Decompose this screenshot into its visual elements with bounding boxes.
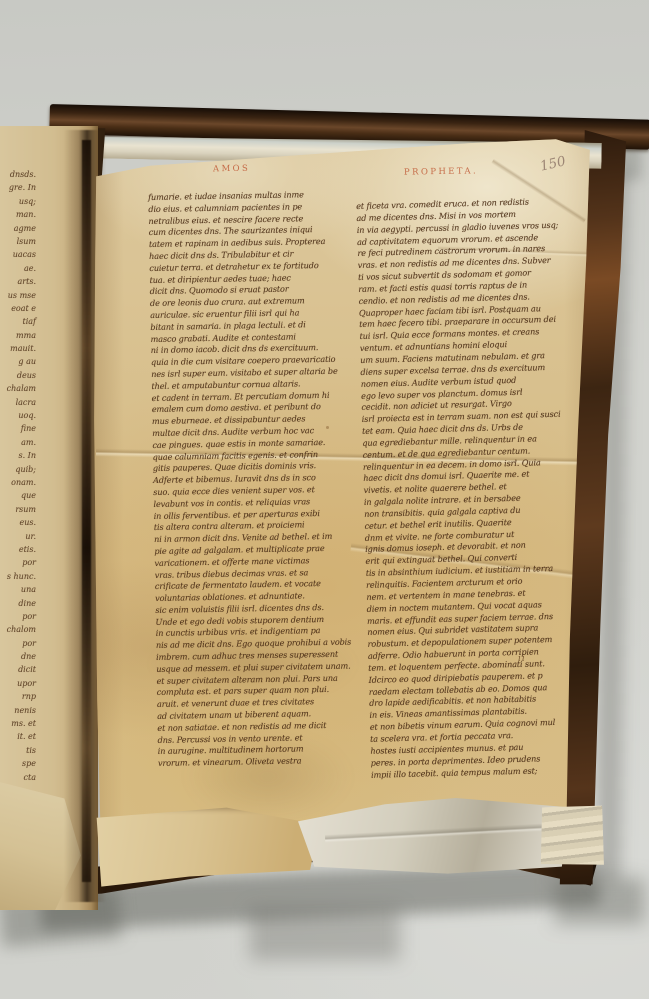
gutter-binding-line [82, 140, 91, 882]
manuscript-line: etis. [0, 543, 36, 556]
manuscript-line: ae. [0, 262, 36, 275]
running-title-amos: AMOS [213, 164, 250, 175]
manuscript-line: rnp [0, 690, 36, 703]
manuscript-line: lsum [0, 235, 36, 248]
manuscript-line: por [0, 637, 36, 650]
manuscript-line: arts. [0, 275, 36, 288]
manuscript-line: us mse [0, 289, 36, 302]
text-column-left: fumarie. et iudae insanias multas inmedi… [148, 188, 364, 770]
manuscript-line: tiaf [0, 315, 36, 328]
manuscript-line: onam. [0, 476, 36, 489]
manuscript-line: por [0, 556, 36, 569]
manuscript-line: quib; [0, 463, 36, 476]
manuscript-line: s. In [0, 449, 36, 462]
manuscript-line: mma [0, 329, 36, 342]
manuscript-line: que [0, 489, 36, 502]
manuscript-line: por [0, 610, 36, 623]
text-column-right: et ficeta vra. comedit eruca. et non red… [356, 196, 579, 782]
recto-page: AMOS PROPHETA. 150 ii fumarie. et iudae … [88, 134, 600, 890]
manuscript-line: ms. et [0, 717, 36, 730]
manuscript-line: chalom [0, 623, 36, 636]
manuscript-line: gre. In [0, 181, 36, 194]
manuscript-line: uoq. [0, 409, 36, 422]
manuscript-line: dine [0, 597, 36, 610]
book-corner-shadow [555, 878, 645, 924]
folio-number: 150 [539, 153, 568, 174]
book-bottom-shadow-step [250, 908, 400, 960]
manuscript-line: g au [0, 355, 36, 368]
underleaf-crease [325, 823, 543, 842]
manuscript-line: eoat e [0, 302, 36, 315]
manuscript-line: it. et [0, 730, 36, 743]
manuscript-line: upor [0, 677, 36, 690]
manuscript-line: agme [0, 222, 36, 235]
manuscript-line: dnsds. [0, 168, 36, 181]
manuscript-line: spe [0, 757, 36, 770]
manuscript-line: man. [0, 208, 36, 221]
manuscript-line: chalam [0, 382, 36, 395]
manuscript-line: usq; [0, 195, 36, 208]
manuscript-line: deus [0, 369, 36, 382]
verso-text-fragments: dnsds.gre. Inusq;man.agmelsumuacasae.art… [0, 168, 36, 784]
manuscript-line: am. [0, 436, 36, 449]
manuscript-line: dne [0, 650, 36, 663]
manuscript-line: tis [0, 744, 36, 757]
manuscript-line: dicit [0, 663, 36, 676]
manuscript-line: una [0, 583, 36, 596]
manuscript-line: lacra [0, 396, 36, 409]
manuscript-line: nenis [0, 704, 36, 717]
manuscript-line: fine [0, 422, 36, 435]
manuscript-line: cta [0, 771, 36, 784]
manuscript-line: rsum [0, 503, 36, 516]
manuscript-photo: dnsds.gre. Inusq;man.agmelsumuacasae.art… [0, 0, 649, 999]
manuscript-line: vrorum. et vinearum. Oliveta vestra [158, 755, 364, 770]
manuscript-line: uacas [0, 248, 36, 261]
manuscript-line: s hunc. [0, 570, 36, 583]
manuscript-line: eus. [0, 516, 36, 529]
manuscript-line: ur. [0, 530, 36, 543]
running-title-propheta: PROPHETA. [404, 166, 478, 177]
manuscript-line: mauit. [0, 342, 36, 355]
